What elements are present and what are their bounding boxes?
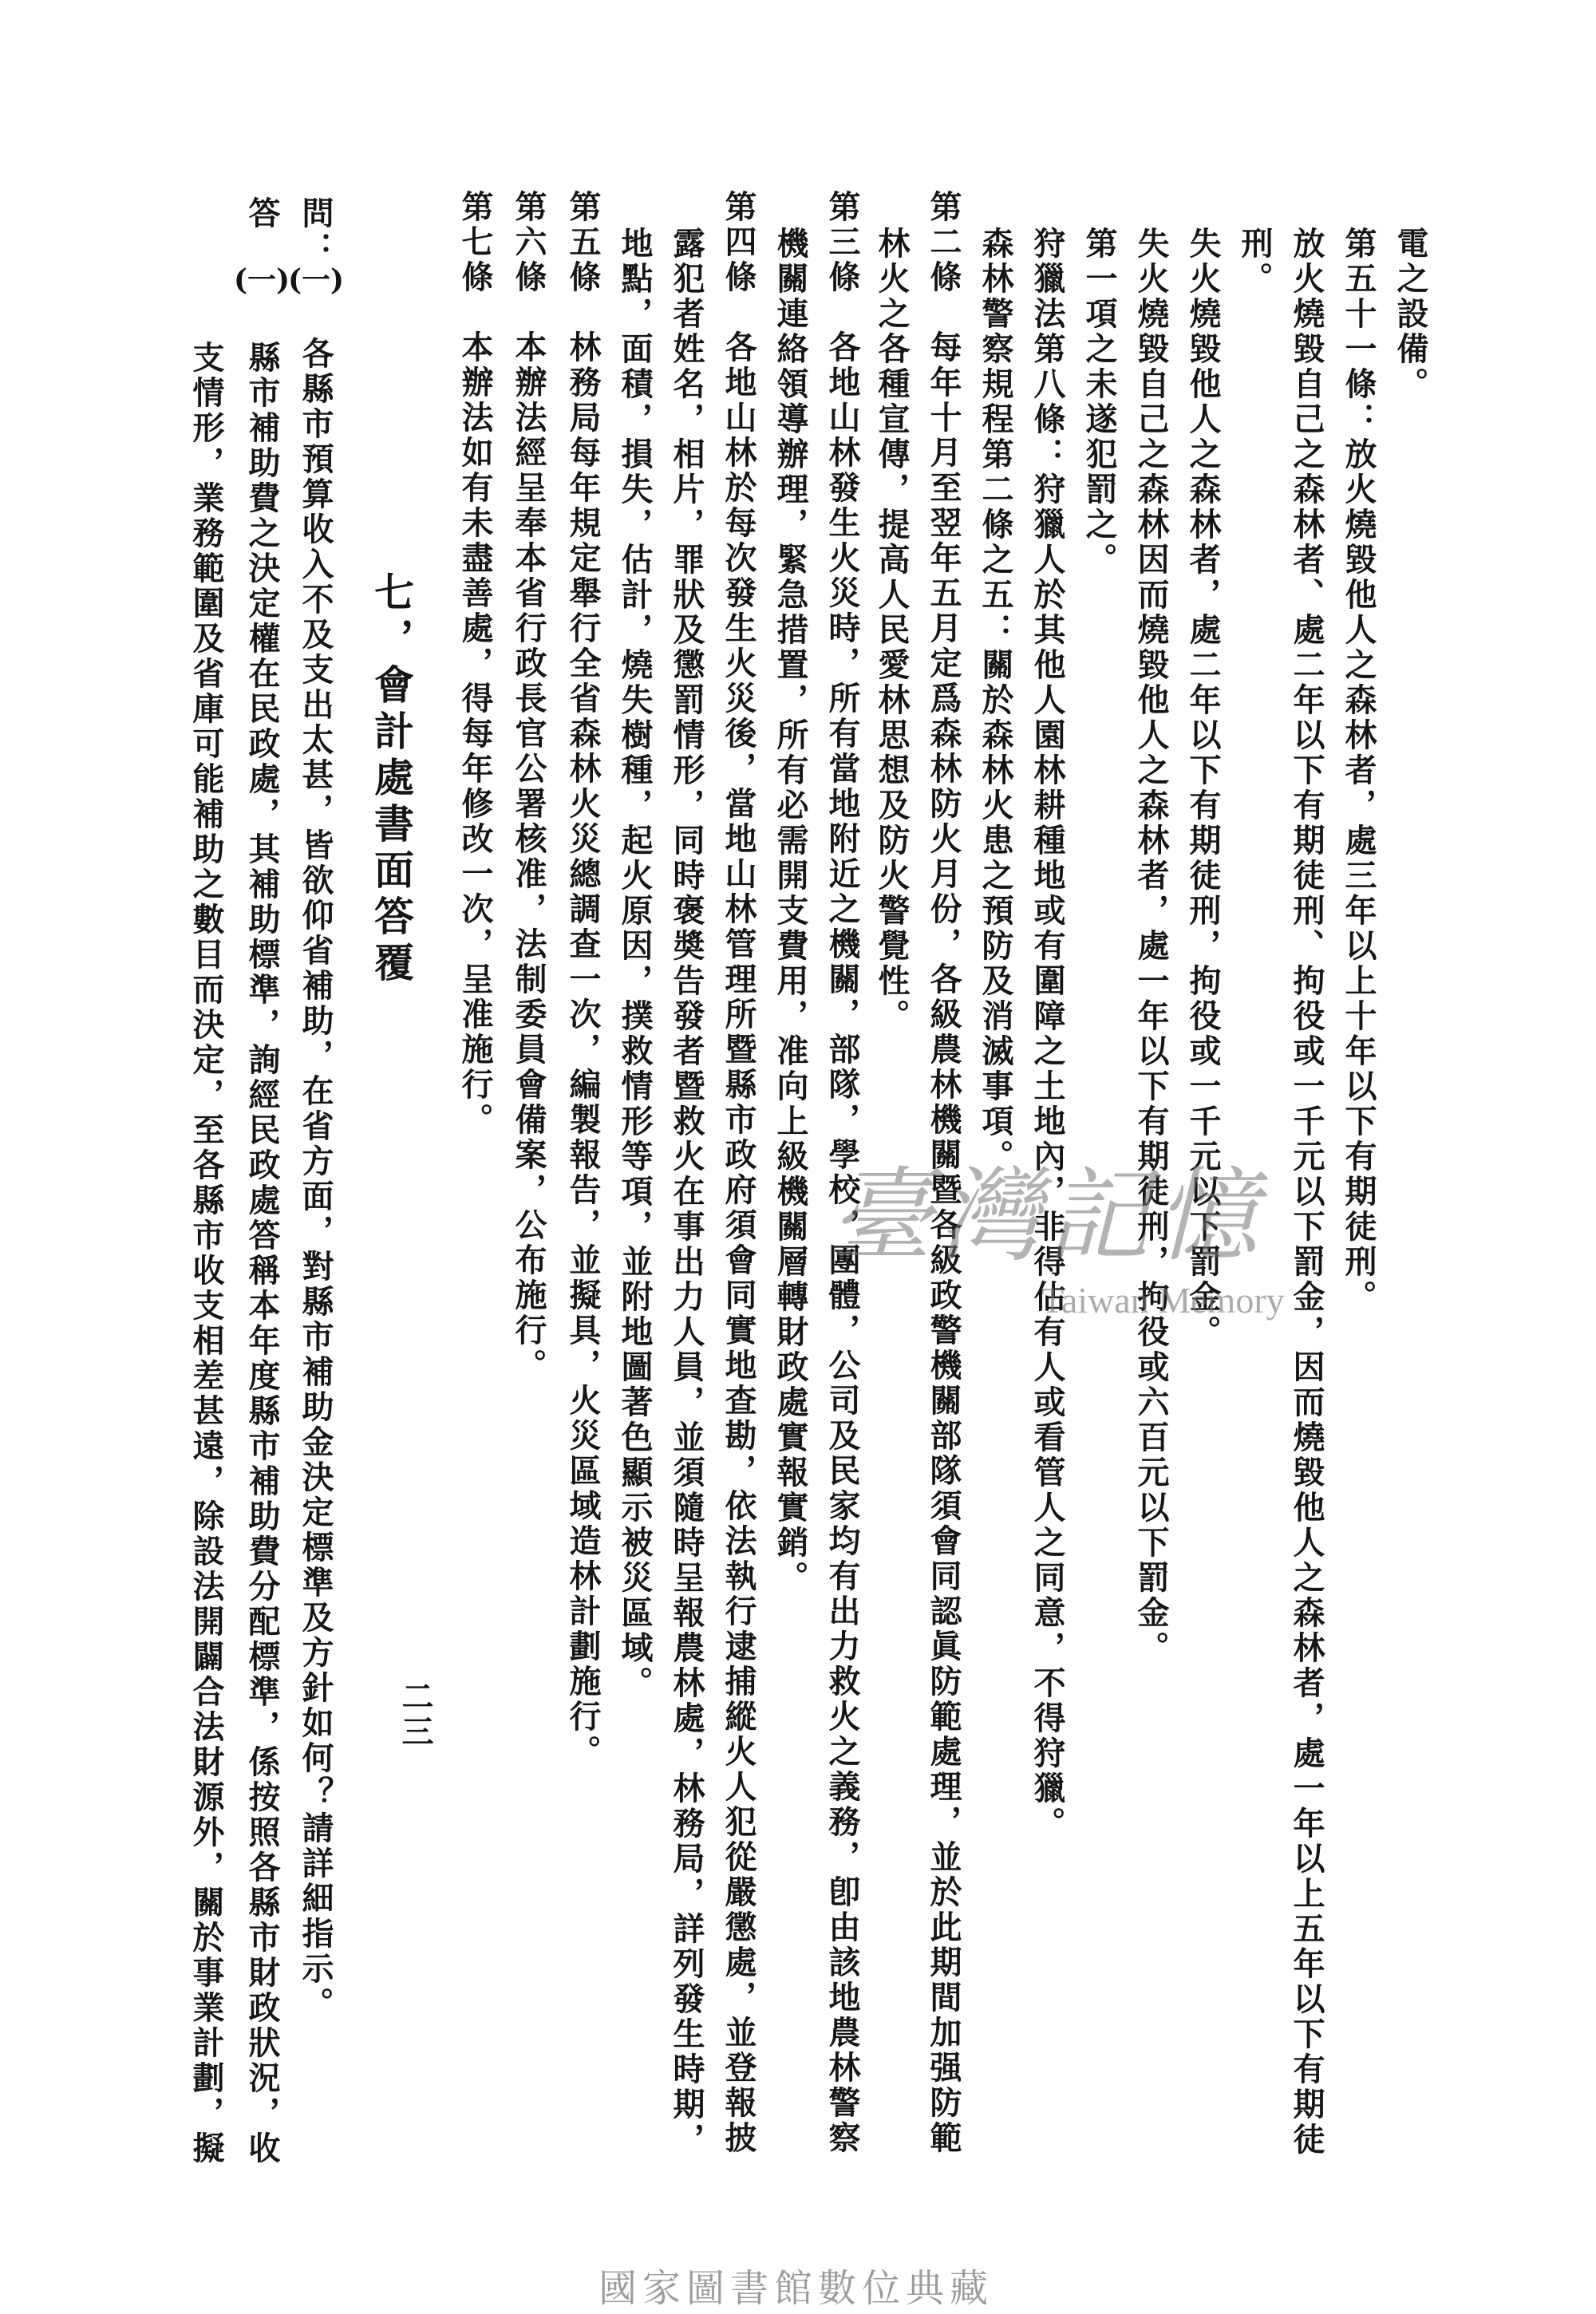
answer-text-line-1: 縣市補助費之決定權在民政處，其補助標準，詢經民政處答稱本年度縣市補助費分配標準，…	[246, 341, 278, 2166]
text-column-forest-police-rules: 森林警察規程第二條之五：關於森林火患之預防及消滅事項。	[979, 227, 1011, 1175]
answer-label: 答	[246, 196, 278, 231]
text-column-article-4-continuation-1: 露犯者姓名，相片，罪狀及懲罰情形，同時褒奬告發者暨救火在事出力人員，並須隨時呈報…	[670, 227, 702, 2158]
text-column-article-4: 第四條 各地山林於每次發生火災後，當地山林管理所暨縣市政府須會同實地查勘，依法執…	[722, 190, 754, 2156]
text-column-article-5: 第五條 林務局每年規定舉行全省森林火災總調查一次，編製報告，並擬具，火災區域造林…	[567, 190, 598, 1770]
text-column-electric-equipment: 電之設備。	[1394, 227, 1426, 402]
answer-text-line-2: 支情形，業務範圍及省庫可能補助之數目而決定，至各縣市收支相差甚遠，除設法開闢合法…	[190, 341, 222, 2166]
text-column-article-6: 第六條 本辦法經呈奉本省行政長官公署核准，法制委員會備案，公布施行。	[512, 190, 544, 1384]
watermark-subtitle: Taiwan Memory	[1041, 1280, 1285, 1321]
text-column-article-7: 第七條 本辦法如有未盡善處，得每年修改一次，呈准施行。	[459, 190, 491, 1138]
text-column-article-51: 第五十一條：放火燒毀他人之森林者，處三年以上十年以下有期徒刑。	[1342, 227, 1374, 1315]
answer-number: (一)	[234, 263, 288, 298]
text-column-article-2-continuation: 林火之各種宣傳，提高人民愛林思想及防火警覺性。	[875, 227, 907, 1034]
page-number: 二三	[399, 1680, 431, 1750]
question-label: 問：	[299, 196, 331, 267]
text-column-negligent-fire-own: 失火燒毀自己之森林因而燒毀他人之森林者，處一年以下有期徒刑，拘役或六百元以下罰金…	[1135, 227, 1167, 1666]
text-column-arson-continuation: 刑。	[1238, 227, 1270, 297]
document-page: 電之設備。 第五十一條：放火燒毀他人之森林者，處三年以上十年以下有期徒刑。 放火…	[0, 0, 1596, 2314]
question-text: 各縣市預算收入不及支出太甚，皆欲仰省補助，在省方面，對縣市補助金決定標準及方針如…	[299, 337, 331, 2022]
footer-collection-label: 國家圖書館數位典藏	[598, 2268, 997, 2309]
text-column-hunting-law: 狩獵法第八條：狩獵人於其他人園林耕種地或有圍障之土地內，非得佔有人或看管人之同意…	[1031, 227, 1063, 1842]
question-number: (一)	[288, 263, 342, 298]
text-column-attempt-clause: 第一項之未遂犯罰之。	[1083, 227, 1115, 578]
section-heading: 七，會計處書面答覆	[371, 571, 411, 988]
text-column-article-3-continuation: 機關連絡領導辦理，緊急措置，所有必需開支費用，准向上級機關層轉財政處實報實銷。	[774, 227, 806, 1596]
text-column-arson-own-forest: 放火燒毀自己之森林者、處二年以下有期徒刑、拘役或一千元以下罰金，因而燒毀他人之森…	[1290, 227, 1322, 2158]
watermark-logo-text: 臺灣記憶	[830, 1161, 1264, 1273]
text-column-article-4-continuation-2: 地點，面積，損失，估計，燒失樹種，起火原因，撲救情形等項，並附地圖著色顯示被災區…	[618, 227, 650, 1701]
